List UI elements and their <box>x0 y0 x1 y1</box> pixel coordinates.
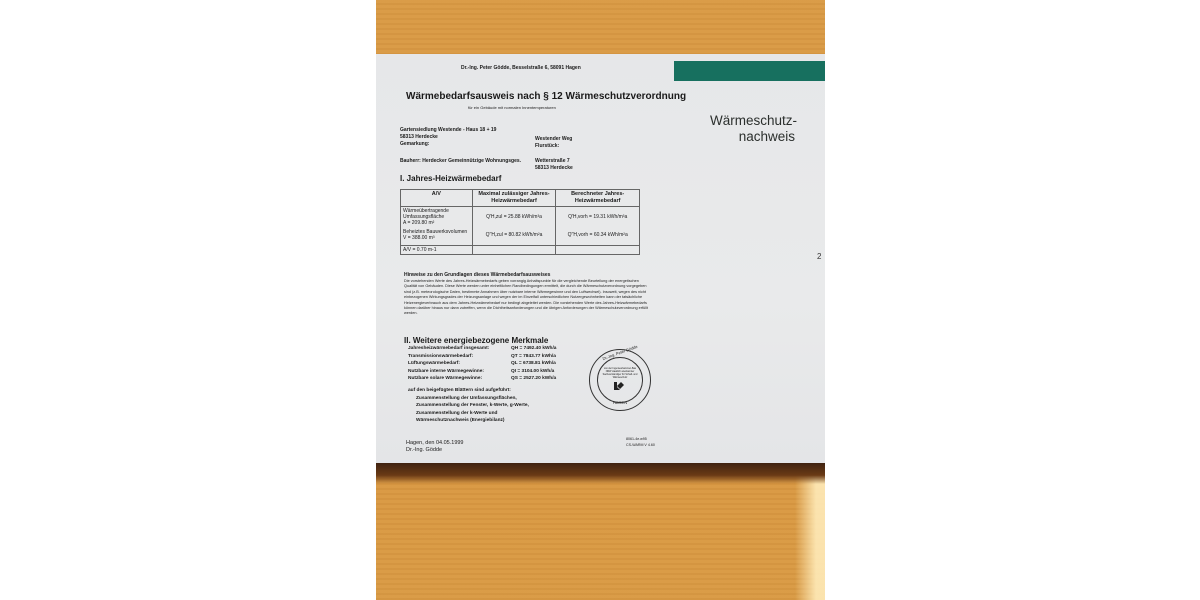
flurstueck-label: Flurstück: <box>535 143 559 150</box>
document-title: Wärmebedarfsausweis nach § 12 Wärmeschut… <box>406 91 686 102</box>
project-name: Gartensiedlung Westende - Haus 18 + 19 <box>400 127 496 134</box>
stamp-logo-icon <box>614 382 624 390</box>
footer-code: 8061-4e.w95 CS-WARM V 4.60 <box>626 436 655 448</box>
attachments-intro: auf den beigefügten Blättern sind aufgef… <box>408 387 529 395</box>
attachment-item: Zusammenstellung der Fenster, k-Werte, g… <box>408 402 529 410</box>
attachment-item: Zusammenstellung der k-Werte und <box>408 410 529 418</box>
stamp-inner-ring <box>597 357 643 403</box>
attachments: auf den beigefügten Blättern sind aufgef… <box>408 387 529 425</box>
max-area-value: Q'H,zul = 25.88 kWh/m³a <box>475 208 554 226</box>
area-value: A = 209.80 m² <box>403 220 470 226</box>
attachment-item: Wärmeschutznachweis (Energiebilanz) <box>408 417 529 425</box>
energy-row: Jahresheizwärmebedarf insgesamt:QH = 749… <box>408 345 568 353</box>
bauherr-street: Wetterstraße 7 <box>535 158 570 165</box>
sunlight-patch <box>795 470 825 600</box>
document-subtitle: für ein Gebäude mit normalen Innentemper… <box>468 105 556 110</box>
av-value: A/V = 0.70 m-1 <box>401 246 473 255</box>
cover-accent-band <box>674 61 825 81</box>
col-calc: Berechneter Jahres-Heizwärmebedarf <box>556 190 640 207</box>
project-city: 58313 Herdecke <box>400 134 438 141</box>
cover-title: Wärmeschutz- nachweis <box>710 113 825 145</box>
calc-area-value: Q'H,vorh = 19.31 kWh/m³a <box>558 208 637 226</box>
stamp-middle-text: von der Ingenieurkammer-Bau NRW staatlic… <box>602 367 638 379</box>
official-stamp: Dr.-Ing. Peter Gödde von der Ingenieurka… <box>589 349 651 411</box>
col-av: A/V <box>401 190 473 207</box>
place-date: Hagen, den 04.05.1999 <box>406 440 464 447</box>
energy-list: Jahresheizwärmebedarf insgesamt:QH = 749… <box>408 345 568 383</box>
bauherr-city: 58313 Herdecke <box>535 165 573 172</box>
col-max: Maximal zulässiger Jahres-Heizwärmebedar… <box>472 190 556 207</box>
notes-heading: Hinweise zu den Grundlagen dieses Wärmeb… <box>404 272 652 279</box>
document-page: Wärmeschutz- nachweis 2 Dr.-Ing. Peter G… <box>376 54 825 463</box>
cover-edge-mark: 2 <box>817 252 821 261</box>
heat-demand-table: A/V Maximal zulässiger Jahres-Heizwärmeb… <box>400 189 640 255</box>
project-street: Westender Weg <box>535 136 572 143</box>
area-label: Wärmeübertragende Umfassungsfläche <box>403 208 470 220</box>
energy-row: Nutzbare interne Wärmegewinne:QI = 3104.… <box>408 368 568 376</box>
bauherr: Bauherr: Herdecker Gemeinnützige Wohnung… <box>400 158 521 165</box>
section2-heading: II. Weitere energiebezogene Merkmale <box>404 336 548 345</box>
author-line: Dr.-Ing. Peter Gödde, Besselstraße 6, 58… <box>461 65 581 71</box>
signature: Hagen, den 04.05.1999 Dr.-Ing. Gödde <box>406 440 464 454</box>
volume-value: V = 388.00 m³ <box>403 235 470 241</box>
stamp-bottom-text: HAGEN <box>590 400 650 405</box>
calc-volume-value: Q''H,vorh = 60.34 kWh/m²a <box>558 226 637 244</box>
gemarkung-label: Gemarkung: <box>400 141 429 148</box>
energy-row: Transmissionswärmebedarf:QT = 7843.77 kW… <box>408 353 568 361</box>
signer-name: Dr.-Ing. Gödde <box>406 447 464 454</box>
paper-shadow <box>376 462 825 484</box>
notes-text: Die vorstehenden Werte des Jahres-Heizwä… <box>404 279 652 317</box>
energy-row: Nutzbare solare Wärmegewinne:QS = 2527.2… <box>408 375 568 383</box>
max-volume-value: Q''H,zul = 80.82 kWh/m²a <box>475 226 554 244</box>
notes: Hinweise zu den Grundlagen dieses Wärmeb… <box>404 272 652 317</box>
section1-heading: I. Jahres-Heizwärmebedarf <box>400 174 501 183</box>
energy-row: Lüftungswärmebedarf:QL = 6738.81 kWh/a <box>408 360 568 368</box>
photo: Wärmeschutz- nachweis 2 Dr.-Ing. Peter G… <box>376 0 825 600</box>
attachment-item: Zusammenstellung der Umfassungsflächen, <box>408 395 529 403</box>
